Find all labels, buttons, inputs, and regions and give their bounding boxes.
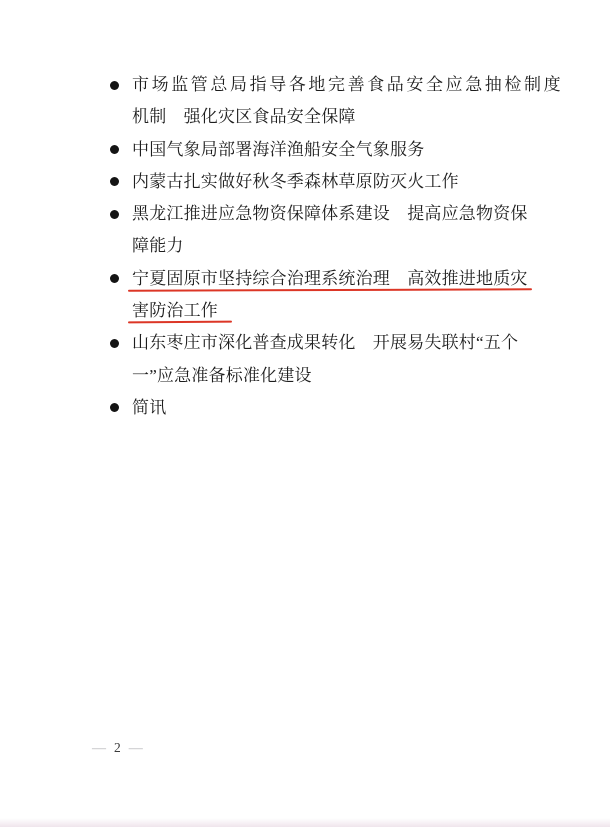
toc-item: 山东枣庄市深化普查成果转化 开展易失联村“五个一”应急准备标准化建设 — [110, 327, 580, 392]
toc-line: 市场监管总局指导各地完善食品安全应急抽检制度 — [132, 69, 563, 101]
toc-list: 市场监管总局指导各地完善食品安全应急抽检制度机制 强化灾区食品安全保障中国气象局… — [110, 69, 580, 424]
page-footer: —2— — [92, 740, 143, 757]
toc-line-row: 中国气象局部署海洋渔船安全气象服务 — [132, 134, 580, 166]
page-number: 2 — [114, 740, 121, 755]
document-page: 市场监管总局指导各地完善食品安全应急抽检制度机制 强化灾区食品安全保障中国气象局… — [0, 0, 610, 827]
scan-artifact-bottom-edge — [0, 818, 610, 827]
bullet-icon — [110, 274, 119, 283]
toc-item-text: 市场监管总局指导各地完善食品安全应急抽检制度机制 强化灾区食品安全保障 — [132, 69, 580, 134]
toc-item: 简讯 — [110, 392, 580, 424]
toc-line-highlighted: 宁夏固原市坚持综合治理系统治理 高效推进地质灾 — [132, 263, 528, 295]
toc-item: 中国气象局部署海洋渔船安全气象服务 — [110, 134, 580, 166]
bullet-icon — [110, 210, 119, 219]
toc-line: 一”应急准备标准化建设 — [132, 360, 312, 392]
toc-line: 机制 强化灾区食品安全保障 — [132, 101, 356, 133]
toc-item: 宁夏固原市坚持综合治理系统治理 高效推进地质灾害防治工作 — [110, 263, 580, 328]
bullet-icon — [110, 177, 119, 186]
footer-dash-right: — — [129, 741, 143, 756]
toc-line-row: 黑龙江推进应急物资保障体系建设 提高应急物资保 — [132, 198, 580, 230]
toc-line-highlighted: 害防治工作 — [132, 295, 218, 327]
toc-item: 黑龙江推进应急物资保障体系建设 提高应急物资保障能力 — [110, 198, 580, 263]
toc-line-row: 宁夏固原市坚持综合治理系统治理 高效推进地质灾 — [132, 263, 580, 295]
bullet-icon — [110, 339, 119, 348]
toc-line: 中国气象局部署海洋渔船安全气象服务 — [132, 134, 424, 166]
toc-item-text: 宁夏固原市坚持综合治理系统治理 高效推进地质灾害防治工作 — [132, 263, 580, 328]
toc-line-row: 机制 强化灾区食品安全保障 — [132, 101, 580, 133]
toc-line: 内蒙古扎实做好秋冬季森林草原防灭火工作 — [132, 166, 459, 198]
toc-item-text: 黑龙江推进应急物资保障体系建设 提高应急物资保障能力 — [132, 198, 580, 263]
toc-line: 障能力 — [132, 230, 184, 262]
toc-item-text: 中国气象局部署海洋渔船安全气象服务 — [132, 134, 580, 166]
toc-line: 简讯 — [132, 392, 166, 424]
toc-item: 市场监管总局指导各地完善食品安全应急抽检制度机制 强化灾区食品安全保障 — [110, 69, 580, 134]
toc-item: 内蒙古扎实做好秋冬季森林草原防灭火工作 — [110, 166, 580, 198]
toc-line-row: 一”应急准备标准化建设 — [132, 360, 580, 392]
toc-line-row: 山东枣庄市深化普查成果转化 开展易失联村“五个 — [132, 327, 580, 359]
bullet-icon — [110, 81, 119, 90]
toc-line-row: 害防治工作 — [132, 295, 580, 327]
bullet-icon — [110, 145, 119, 154]
bullet-icon — [110, 403, 119, 412]
toc-line: 黑龙江推进应急物资保障体系建设 提高应急物资保 — [132, 198, 528, 230]
toc-line: 山东枣庄市深化普查成果转化 开展易失联村“五个 — [132, 327, 518, 359]
toc-item-text: 山东枣庄市深化普查成果转化 开展易失联村“五个一”应急准备标准化建设 — [132, 327, 580, 392]
footer-dash-left: — — [92, 741, 106, 756]
toc-line-row: 简讯 — [132, 392, 580, 424]
toc-line-row: 障能力 — [132, 230, 580, 262]
toc-item-text: 简讯 — [132, 392, 580, 424]
toc-line-row: 市场监管总局指导各地完善食品安全应急抽检制度 — [132, 69, 580, 101]
toc-item-text: 内蒙古扎实做好秋冬季森林草原防灭火工作 — [132, 166, 580, 198]
toc-line-row: 内蒙古扎实做好秋冬季森林草原防灭火工作 — [132, 166, 580, 198]
